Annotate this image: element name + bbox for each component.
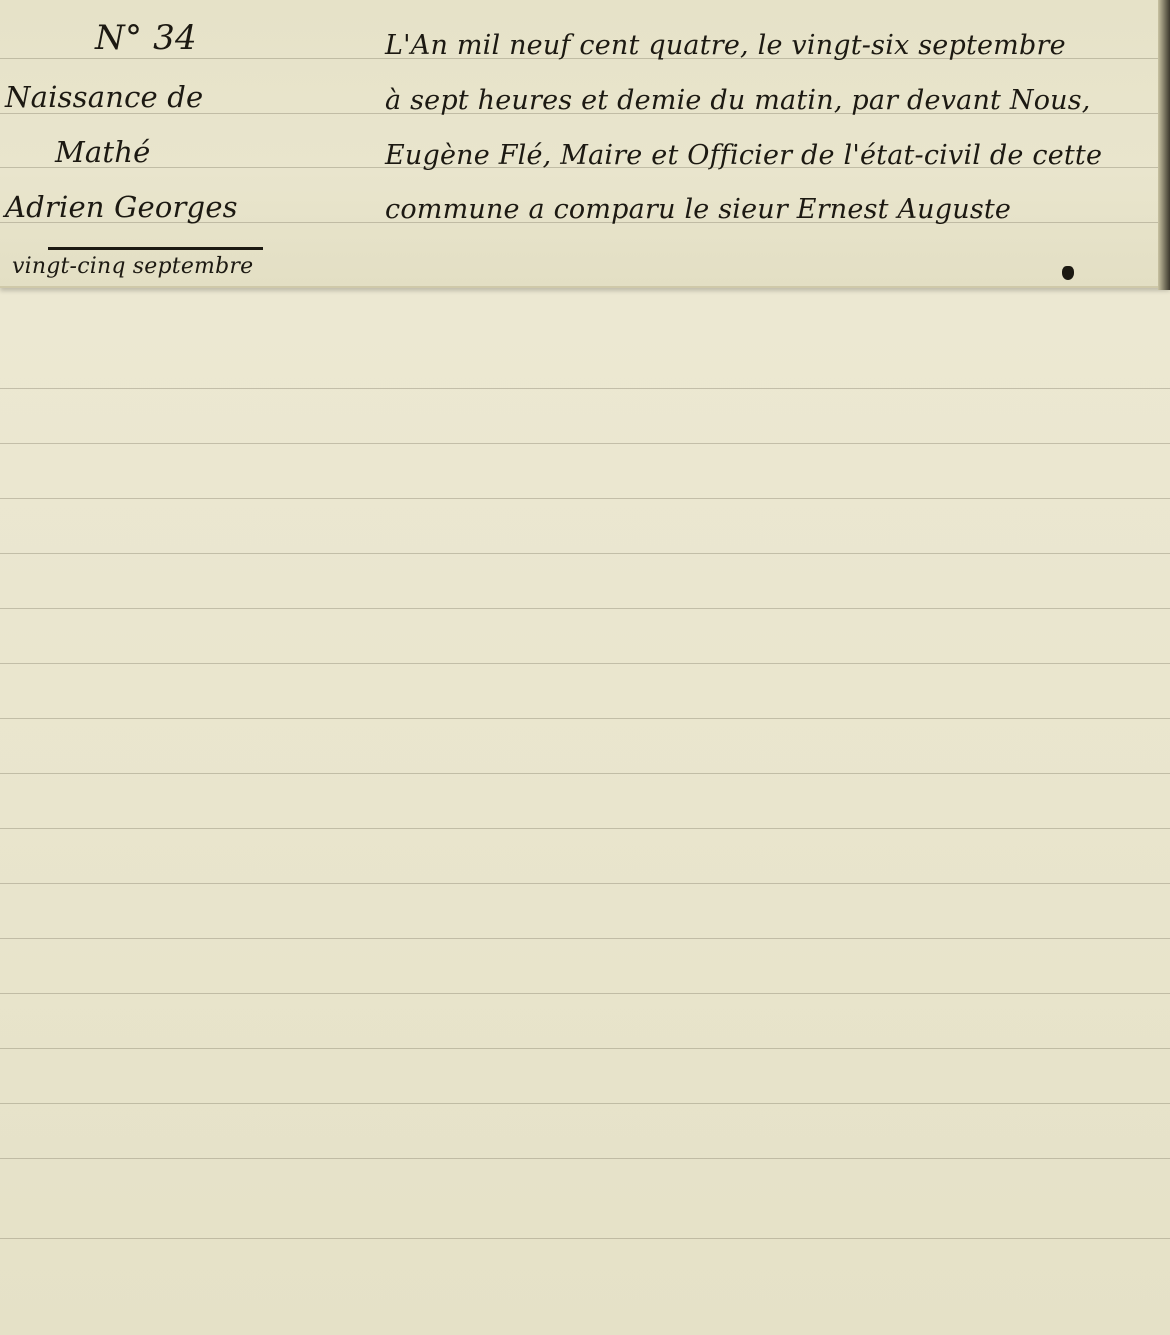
ruled-line	[0, 1103, 1170, 1104]
page-edge-shadow	[1158, 0, 1170, 290]
body-line-1: L'An mil neuf cent quatre, le vingt-six …	[385, 30, 1066, 61]
act-number: N° 34	[95, 18, 197, 58]
ink-blot	[1062, 266, 1074, 280]
act-title: Naissance de	[5, 80, 203, 114]
ruled-line	[0, 553, 1170, 554]
body-line-4: commune a comparu le sieur Ernest August…	[385, 194, 1011, 225]
body-line-2: à sept heures et demie du matin, par dev…	[385, 85, 1091, 116]
child-given-names: Adrien Georges	[5, 190, 238, 224]
ruled-line	[0, 443, 1170, 444]
ruled-line	[0, 1048, 1170, 1049]
birth-date-note: vingt-cinq septembre	[12, 254, 253, 279]
ruled-line	[0, 663, 1170, 664]
ruled-line	[0, 1238, 1170, 1239]
margin-underline	[48, 247, 263, 250]
ruled-line	[0, 828, 1170, 829]
ruled-line	[0, 388, 1170, 389]
register-page-top: N° 34 Naissance de Mathé Adrien Georges …	[0, 0, 1170, 288]
ruled-line	[0, 773, 1170, 774]
body-line-3: Eugène Flé, Maire et Officier de l'état-…	[385, 140, 1102, 171]
ruled-line	[0, 498, 1170, 499]
ruled-line	[0, 883, 1170, 884]
ruled-line	[0, 938, 1170, 939]
ruled-line	[0, 1158, 1170, 1159]
register-page-bottom	[0, 288, 1170, 1335]
ruled-line	[0, 718, 1170, 719]
child-surname: Mathé	[55, 135, 150, 169]
ruled-line	[0, 993, 1170, 994]
ruled-line	[0, 608, 1170, 609]
